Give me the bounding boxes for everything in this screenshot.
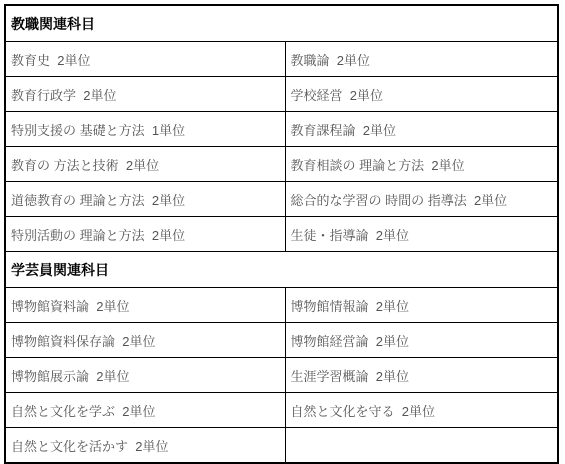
course-cell: 教育史 2単位 <box>5 42 285 77</box>
course-cell: 自然と文化を学ぶ 2単位 <box>5 393 285 428</box>
course-cell: 特別活動の 理論と方法 2単位 <box>5 217 285 252</box>
course-cell: 道徳教育の 理論と方法 2単位 <box>5 182 285 217</box>
table-row: 博物館資料論 2単位博物館情報論 2単位 <box>5 288 558 323</box>
course-cell: 自然と文化を活かす 2単位 <box>5 428 285 464</box>
course-cell: 博物館情報論 2単位 <box>285 288 558 323</box>
course-cell: 教育行政学 2単位 <box>5 77 285 112</box>
table-row: 特別支援の 基礎と方法 1単位教育課程論 2単位 <box>5 112 558 147</box>
table-row: 教育の 方法と技術 2単位教育相談の 理論と方法 2単位 <box>5 147 558 182</box>
course-cell: 総合的な学習の 時間の 指導法 2単位 <box>285 182 558 217</box>
page: 教職関連科目教育史 2単位教職論 2単位教育行政学 2単位学校経営 2単位特別支… <box>0 0 565 452</box>
table-row: 自然と文化を学ぶ 2単位自然と文化を守る 2単位 <box>5 393 558 428</box>
table-row: 教育史 2単位教職論 2単位 <box>5 42 558 77</box>
course-cell: 学校経営 2単位 <box>285 77 558 112</box>
course-cell: 博物館展示論 2単位 <box>5 358 285 393</box>
section-title: 教職関連科目 <box>5 5 558 42</box>
course-cell <box>285 428 558 464</box>
table-row: 教育行政学 2単位学校経営 2単位 <box>5 77 558 112</box>
course-cell: 特別支援の 基礎と方法 1単位 <box>5 112 285 147</box>
course-cell: 生徒・指導論 2単位 <box>285 217 558 252</box>
section-title: 学芸員関連科目 <box>5 252 558 288</box>
table-row: 自然と文化を活かす 2単位 <box>5 428 558 464</box>
course-cell: 博物館経営論 2単位 <box>285 323 558 358</box>
course-cell: 博物館資料保存論 2単位 <box>5 323 285 358</box>
table-row: 博物館展示論 2単位生涯学習概論 2単位 <box>5 358 558 393</box>
course-cell: 生涯学習概論 2単位 <box>285 358 558 393</box>
course-cell: 教育の 方法と技術 2単位 <box>5 147 285 182</box>
course-cell: 自然と文化を守る 2単位 <box>285 393 558 428</box>
section-header-row: 教職関連科目 <box>5 5 558 42</box>
course-credit-table: 教職関連科目教育史 2単位教職論 2単位教育行政学 2単位学校経営 2単位特別支… <box>4 4 559 464</box>
course-cell: 教育相談の 理論と方法 2単位 <box>285 147 558 182</box>
table-row: 特別活動の 理論と方法 2単位生徒・指導論 2単位 <box>5 217 558 252</box>
section-header-row: 学芸員関連科目 <box>5 252 558 288</box>
course-cell: 博物館資料論 2単位 <box>5 288 285 323</box>
course-cell: 教育課程論 2単位 <box>285 112 558 147</box>
table-row: 博物館資料保存論 2単位博物館経営論 2単位 <box>5 323 558 358</box>
table-row: 道徳教育の 理論と方法 2単位総合的な学習の 時間の 指導法 2単位 <box>5 182 558 217</box>
course-cell: 教職論 2単位 <box>285 42 558 77</box>
